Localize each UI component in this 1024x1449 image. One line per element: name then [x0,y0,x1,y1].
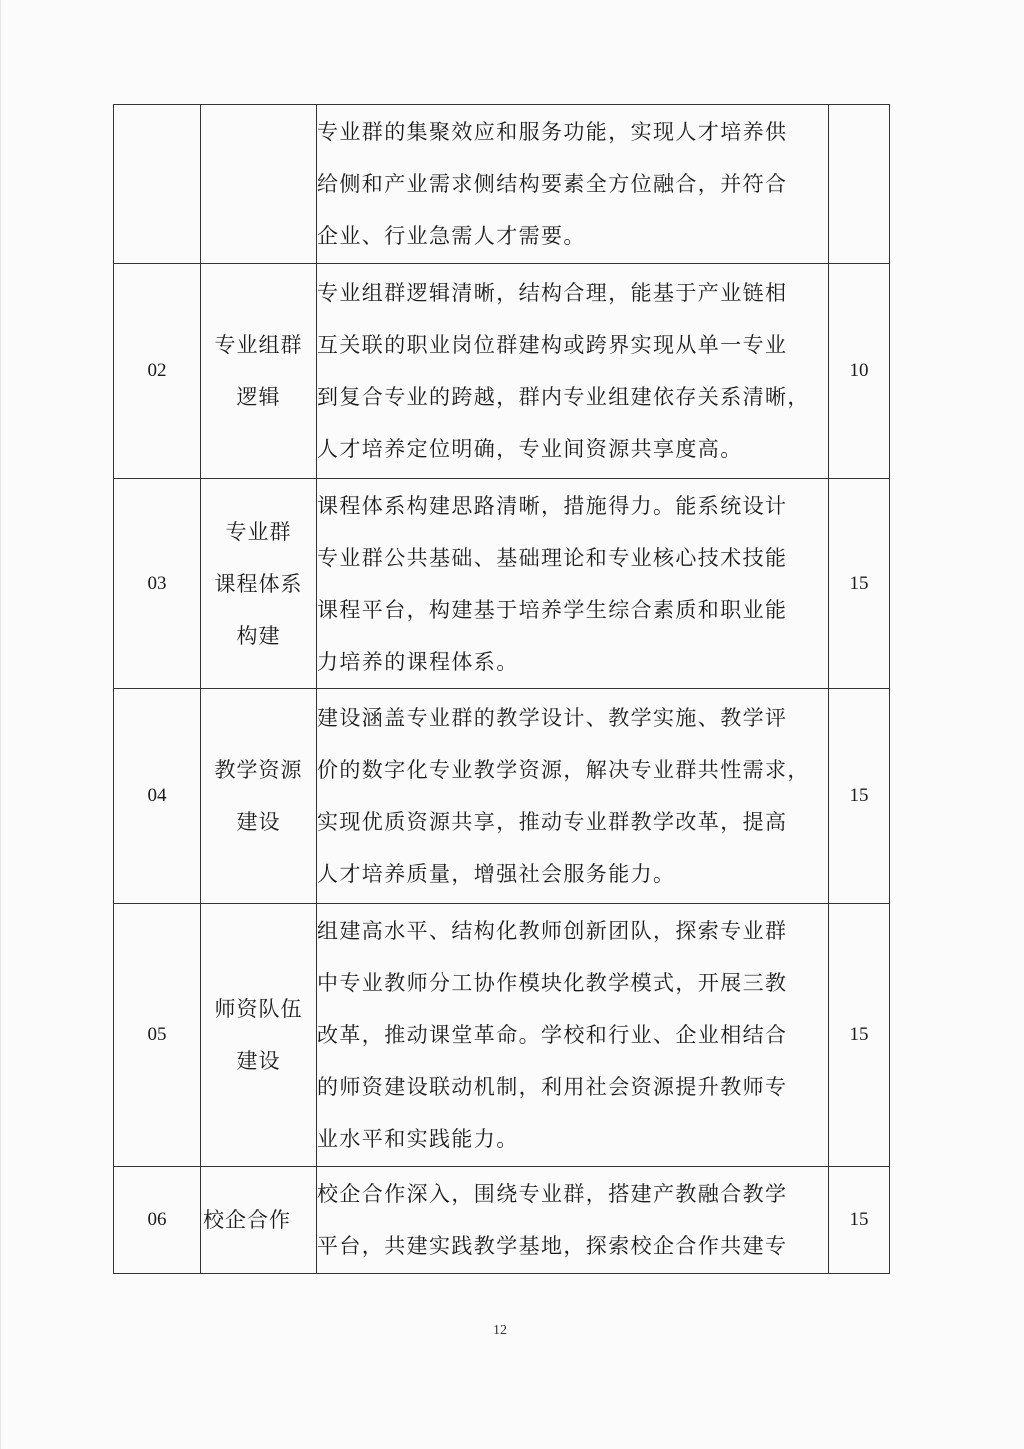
row-description: 专业组群逻辑清晰，结构合理，能基于产业链相 互关联的职业岗位群建构或跨界实现从单… [317,264,829,479]
evaluation-table: 专业群的集聚效应和服务功能，实现人才培养供 给侧和产业需求侧结构要素全方位融合，… [113,104,890,1274]
row-score: 15 [829,479,890,689]
description-line: 中专业教师分工协作模块化教学模式，开展三教 [317,957,828,1009]
row-score: 15 [829,1167,890,1274]
description-line: 实现优质资源共享，推动专业群教学改革，提高 [317,796,828,848]
row-score: 15 [829,689,890,904]
description-line: 人才培养质量，增强社会服务能力。 [317,848,828,900]
description-line: 专业群的集聚效应和服务功能，实现人才培养供 [317,106,828,158]
description-line: 力培养的课程体系。 [317,636,828,688]
description-line: 专业组群逻辑清晰，结构合理，能基于产业链相 [317,267,828,319]
row-description: 专业群的集聚效应和服务功能，实现人才培养供 给侧和产业需求侧结构要素全方位融合，… [317,105,829,264]
table-row: 专业群的集聚效应和服务功能，实现人才培养供 给侧和产业需求侧结构要素全方位融合，… [114,105,890,264]
item-line: 建设 [201,796,316,848]
row-number: 05 [114,904,201,1167]
item-line: 专业组群 [201,319,316,371]
description-line: 课程平台，构建基于培养学生综合素质和职业能 [317,584,828,636]
description-line: 平台，共建实践教学基地，探索校企合作共建专 [317,1220,828,1272]
row-description: 校企合作深入，围绕专业群，搭建产教融合教学 平台，共建实践教学基地，探索校企合作… [317,1167,829,1274]
description-line: 人才培养定位明确，专业间资源共享度高。 [317,423,828,475]
item-line: 教学资源 [201,744,316,796]
row-score: 15 [829,904,890,1167]
description-line: 组建高水平、结构化教师创新团队，探索专业群 [317,905,828,957]
description-line: 课程体系构建思路清晰，措施得力。能系统设计 [317,480,828,532]
description-line: 业水平和实践能力。 [317,1113,828,1165]
row-number: 03 [114,479,201,689]
description-line: 互关联的职业岗位群建构或跨界实现从单一专业 [317,319,828,371]
description-line: 改革，推动课堂革命。学校和行业、企业相结合 [317,1009,828,1061]
row-item: 专业组群 逻辑 [201,264,317,479]
row-number: 06 [114,1167,201,1274]
item-line: 师资队伍 [201,983,316,1035]
item-line: 校企合作 [203,1194,316,1246]
row-number: 02 [114,264,201,479]
row-number: 04 [114,689,201,904]
table-row: 04 教学资源 建设 建设涵盖专业群的教学设计、教学实施、教学评 价的数字化专业… [114,689,890,904]
description-line: 企业、行业急需人才需要。 [317,210,828,262]
description-line: 价的数字化专业教学资源，解决专业群共性需求， [317,744,828,796]
row-description: 建设涵盖专业群的教学设计、教学实施、教学评 价的数字化专业教学资源，解决专业群共… [317,689,829,904]
row-item: 校企合作 [201,1167,317,1274]
row-description: 课程体系构建思路清晰，措施得力。能系统设计 专业群公共基础、基础理论和专业核心技… [317,479,829,689]
item-line: 课程体系 [201,558,316,610]
row-item: 师资队伍 建设 [201,904,317,1167]
table-row: 06 校企合作 校企合作深入，围绕专业群，搭建产教融合教学 平台，共建实践教学基… [114,1167,890,1274]
description-line: 到复合专业的跨越，群内专业组建依存关系清晰， [317,371,828,423]
row-item [201,105,317,264]
table-row: 05 师资队伍 建设 组建高水平、结构化教师创新团队，探索专业群 中专业教师分工… [114,904,890,1167]
item-line: 专业群 [201,506,316,558]
description-line: 给侧和产业需求侧结构要素全方位融合，并符合 [317,158,828,210]
item-line: 建设 [201,1035,316,1087]
description-line: 专业群公共基础、基础理论和专业核心技术技能 [317,532,828,584]
row-description: 组建高水平、结构化教师创新团队，探索专业群 中专业教师分工协作模块化教学模式，开… [317,904,829,1167]
row-number [114,105,201,264]
item-line: 逻辑 [201,371,316,423]
description-line: 建设涵盖专业群的教学设计、教学实施、教学评 [317,692,828,744]
row-score: 10 [829,264,890,479]
description-line: 的师资建设联动机制，利用社会资源提升教师专 [317,1061,828,1113]
item-line: 构建 [201,610,316,662]
row-score [829,105,890,264]
description-line: 校企合作深入，围绕专业群，搭建产教融合教学 [317,1168,828,1220]
row-item: 专业群 课程体系 构建 [201,479,317,689]
row-item: 教学资源 建设 [201,689,317,904]
table-row: 02 专业组群 逻辑 专业组群逻辑清晰，结构合理，能基于产业链相 互关联的职业岗… [114,264,890,479]
table-row: 03 专业群 课程体系 构建 课程体系构建思路清晰，措施得力。能系统设计 专业群… [114,479,890,689]
page-number: 12 [0,1323,1000,1339]
